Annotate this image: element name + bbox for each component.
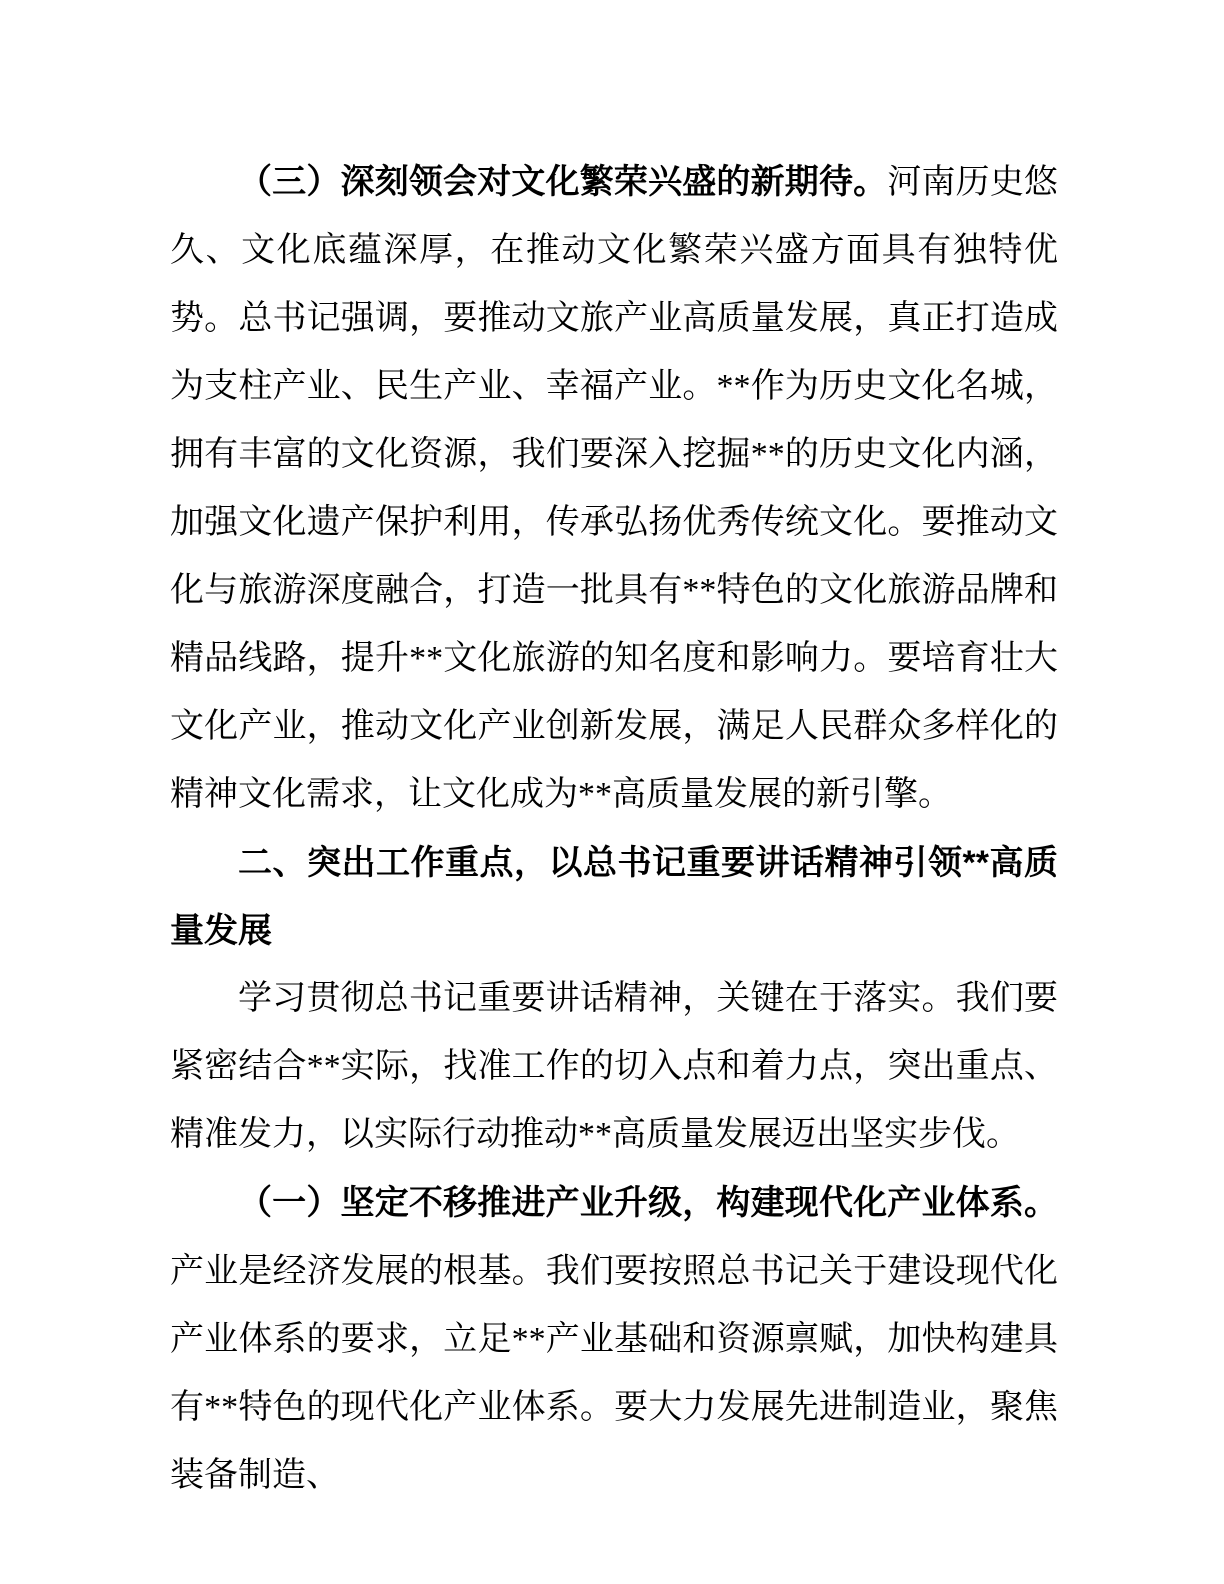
section-one-lead-heading: （一）坚定不移推进产业升级，构建现代化产业体系。 (238, 1184, 1058, 1222)
document-page: （三）深刻领会对文化繁荣兴盛的新期待。河南历史悠久、文化底蕴深厚，在推动文化繁荣… (0, 0, 1224, 1584)
section-three-lead-heading: （三）深刻领会对文化繁荣兴盛的新期待。 (238, 163, 887, 201)
paragraph-part-two-intro: 学习贯彻总书记重要讲话精神，关键在于落实。我们要紧密结合**实际，找准工作的切入… (170, 965, 1058, 1169)
section-three-body-text: 河南历史悠久、文化底蕴深厚，在推动文化繁荣兴盛方面具有独特优势。总书记强调，要推… (170, 164, 1058, 813)
paragraph-section-one: （一）坚定不移推进产业升级，构建现代化产业体系。产业是经济发展的根基。我们要按照… (170, 1169, 1058, 1510)
heading-part-two: 二、突出工作重点，以总书记重要讲话精神引领**高质量发展 (170, 829, 1058, 965)
section-one-body-text: 产业是经济发展的根基。我们要按照总书记关于建设现代化产业体系的要求，立足**产业… (170, 1253, 1058, 1494)
paragraph-section-three: （三）深刻领会对文化繁荣兴盛的新期待。河南历史悠久、文化底蕴深厚，在推动文化繁荣… (170, 148, 1058, 829)
